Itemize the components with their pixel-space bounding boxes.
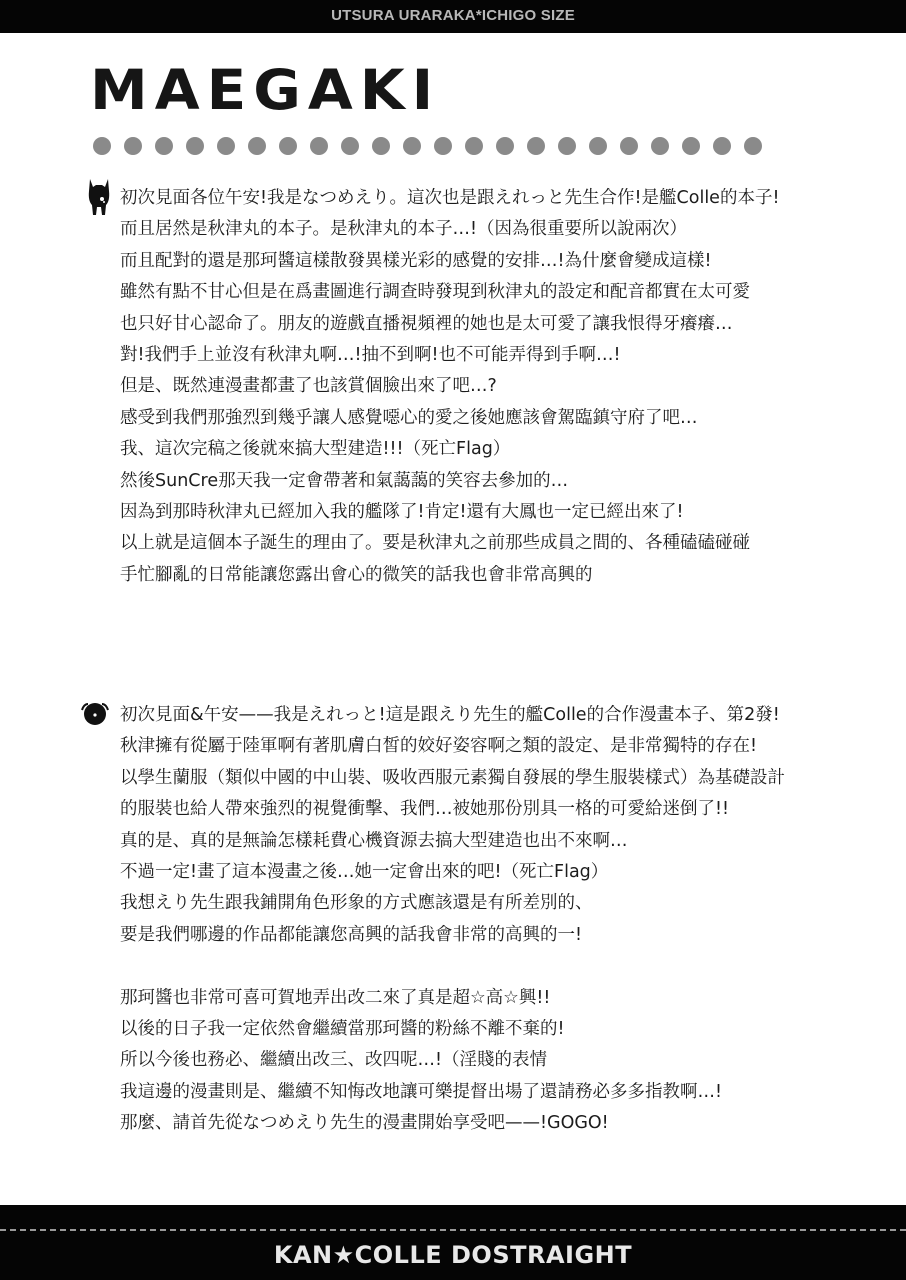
text-line: 因為到那時秋津丸已經加入我的艦隊了!肯定!還有大鳳也一定已經出來了! — [120, 497, 779, 528]
text-line: 的服裝也給人帶來強烈的視覺衝擊、我們…被她那份別具一格的可愛給迷倒了!! — [120, 794, 785, 825]
decorative-dot-row — [93, 137, 762, 155]
dot-decoration — [186, 137, 204, 155]
text-line: 然後SunCre那天我一定會帶著和氣藹藹的笑容去參加的… — [120, 466, 779, 497]
text-line: 初次見面各位午安!我是なつめえり。這次也是跟えれっと先生合作!是艦Colle的本… — [120, 183, 779, 214]
text-line: 所以今後也務必、繼續出改三、改四呢…!（淫賤的表情 — [120, 1045, 785, 1076]
dot-decoration — [589, 137, 607, 155]
dot-decoration — [372, 137, 390, 155]
text-line: 而且居然是秋津丸的本子。是秋津丸的本子…!（因為很重要所以說兩次） — [120, 214, 779, 245]
dot-decoration — [744, 137, 762, 155]
dot-decoration — [155, 137, 173, 155]
dot-decoration — [713, 137, 731, 155]
dot-decoration — [248, 137, 266, 155]
text-line: 不過一定!畫了這本漫畫之後…她一定會出來的吧!（死亡Flag） — [120, 857, 785, 888]
dot-decoration — [465, 137, 483, 155]
cat-silhouette-icon — [86, 177, 112, 217]
text-line: 我想えり先生跟我鋪開角色形象的方式應該還是有所差別的、 — [120, 888, 785, 919]
dot-decoration — [434, 137, 452, 155]
dot-decoration — [496, 137, 514, 155]
dot-decoration — [279, 137, 297, 155]
author-note-eretto: 初次見面&午安——我是えれっと!這是跟えり先生的艦Colle的合作漫畫本子、第2… — [120, 700, 785, 1139]
text-line: 而且配對的還是那珂醬這樣散發異樣光彩的感覺的安排…!為什麼會變成這樣! — [120, 246, 779, 277]
dot-decoration — [651, 137, 669, 155]
text-line: 但是、既然連漫畫都畫了也該賞個臉出來了吧…? — [120, 371, 779, 402]
dot-decoration — [403, 137, 421, 155]
dot-decoration — [217, 137, 235, 155]
text-line: 初次見面&午安——我是えれっと!這是跟えり先生的艦Colle的合作漫畫本子、第2… — [120, 700, 785, 731]
dot-decoration — [93, 137, 111, 155]
page-title: MAEGAKI — [90, 58, 440, 123]
text-line: 我、這次完稿之後就來搞大型建造!!!（死亡Flag） — [120, 434, 779, 465]
text-line: 雖然有點不甘心但是在爲畫圖進行調查時發現到秋津丸的設定和配音都實在太可愛 — [120, 277, 779, 308]
text-line: 秋津擁有從屬于陸軍啊有著肌膚白皙的姣好姿容啊之類的設定、是非常獨特的存在! — [120, 731, 785, 762]
author-note-natsume: 初次見面各位午安!我是なつめえり。這次也是跟えれっと先生合作!是艦Colle的本… — [120, 183, 779, 591]
dot-decoration — [682, 137, 700, 155]
text-line: 感受到我們那強烈到幾乎讓人感覺噁心的愛之後她應該會駕臨鎮守府了吧… — [120, 403, 779, 434]
text-line — [120, 951, 785, 982]
series-title: UTSURA URARAKA*ICHIGO SIZE — [331, 7, 575, 24]
text-line: 也只好甘心認命了。朋友的遊戲直播視頻裡的她也是太可愛了讓我恨得牙癢癢… — [120, 309, 779, 340]
dashed-divider — [0, 1229, 906, 1231]
text-line: 要是我們哪邊的作品都能讓您高興的話我會非常的高興的一! — [120, 920, 785, 951]
text-line: 我這邊的漫畫則是、繼續不知悔改地讓可樂提督出場了還請務必多多指教啊…! — [120, 1077, 785, 1108]
text-line: 那麼、請首先從なつめえり先生的漫畫開始享受吧——!GOGO! — [120, 1108, 785, 1139]
text-line: 那珂醬也非常可喜可賀地弄出改二來了真是超☆高☆興!! — [120, 983, 785, 1014]
dot-decoration — [558, 137, 576, 155]
bottom-footer-bar: KAN★COLLE DOSTRAIGHT — [0, 1205, 906, 1280]
dot-decoration — [341, 137, 359, 155]
dot-decoration — [310, 137, 328, 155]
text-line: 以後的日子我一定依然會繼續當那珂醬的粉絲不離不棄的! — [120, 1014, 785, 1045]
round-face-icon — [80, 700, 110, 726]
text-line: 以學生蘭服（類似中國的中山裝、吸收西服元素獨自發展的學生服裝樣式）為基礎設計 — [120, 763, 785, 794]
dot-decoration — [527, 137, 545, 155]
text-line: 以上就是這個本子誕生的理由了。要是秋津丸之前那些成員之間的、各種磕磕碰碰 — [120, 528, 779, 559]
text-line: 對!我們手上並沒有秋津丸啊…!抽不到啊!也不可能弄得到手啊…! — [120, 340, 779, 371]
dot-decoration — [124, 137, 142, 155]
top-header-bar: UTSURA URARAKA*ICHIGO SIZE — [0, 0, 906, 33]
dot-decoration — [620, 137, 638, 155]
book-title: KAN★COLLE DOSTRAIGHT — [0, 1241, 906, 1269]
text-line: 手忙腳亂的日常能讓您露出會心的微笑的話我也會非常高興的 — [120, 560, 779, 591]
text-line: 真的是、真的是無論怎樣耗費心機資源去搞大型建造也出不來啊… — [120, 826, 785, 857]
